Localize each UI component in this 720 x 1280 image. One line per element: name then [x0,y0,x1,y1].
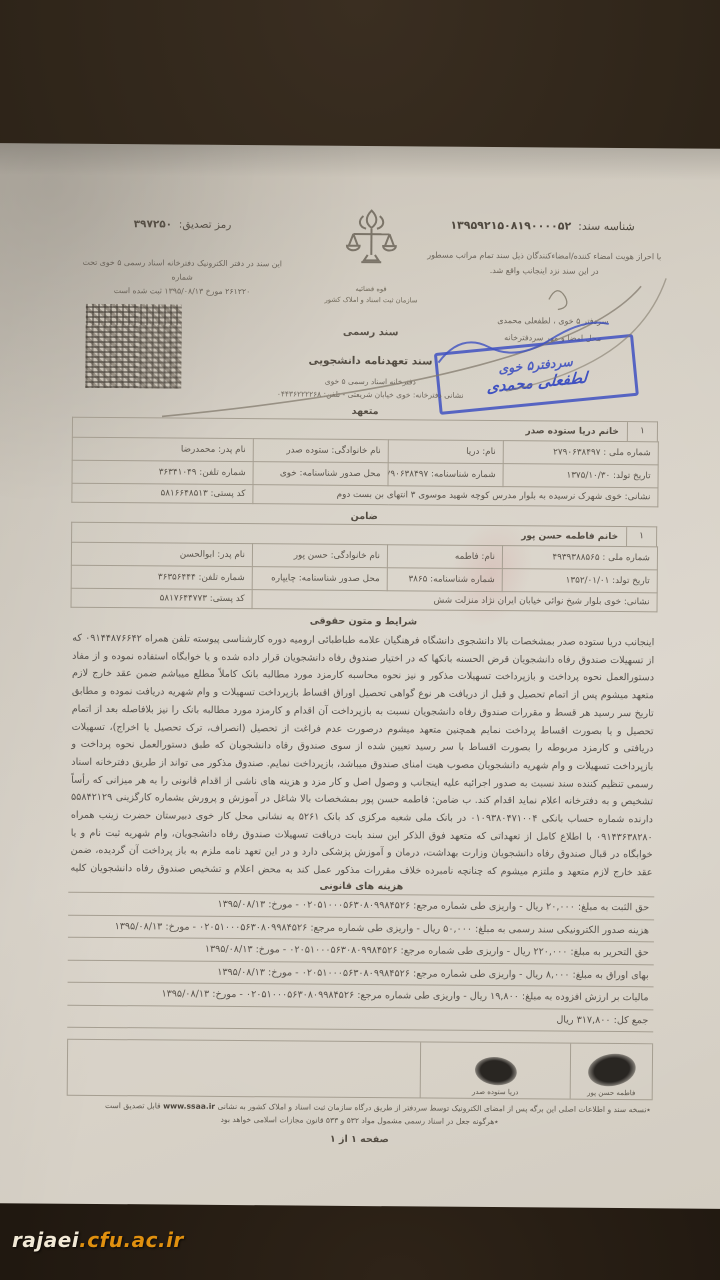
registry-organization-name: سازمان ثبت اسناد و املاک کشور [291,294,451,306]
document-title: سند تعهدنامه دانشجویی [260,354,480,368]
document-id-line: شناسه سند: ۱۳۹۵۹۲۱۵۰۸۱۹۰۰۰۰۵۲ [411,218,673,233]
verify-code-line: رمز تصدیق: ۳۹۷۲۵۰ [87,218,277,231]
guarantor-father-name: نام پدر: ابوالحسن [71,542,252,566]
obligor-birth-date: تاریخ تولد: ۱۳۷۵/۱۰/۳۰ [503,464,658,488]
attestation-text: با احراز هویت امضاء کننده/امضاءکنندگان ذ… [415,247,673,279]
document-id-label: شناسه سند: [578,220,635,233]
fingerprint-label: دریا ستوده صدر [472,1088,518,1096]
obligor-row-index: ۱ [627,422,657,441]
fingerprint-cell-obligor: دریا ستوده صدر [420,1042,570,1098]
guarantor-details-table: شماره ملی : ۴۹۳۹۳۸۸۵۶۵ نام: فاطمه نام خا… [71,542,659,613]
obligor-address: نشانی: خوی شهرک نرسیده به بلوار مدرس کوچ… [253,485,658,507]
document-sheet: شناسه سند: ۱۳۹۵۹۲۱۵۰۸۱۹۰۰۰۰۵۲ با احراز ه… [0,143,720,1209]
obligor-certificate-place: محل صدور شناسنامه: خوی [253,462,388,486]
guarantor-birth-date: تاریخ تولد: ۱۳۵۲/۰۱/۰۱ [502,569,657,593]
table-row: نشانی: خوی بلوار شیخ نوائی خیابان ایران … [71,588,657,612]
attestation-line-1: با احراز هویت امضاء کننده/امضاءکنندگان ذ… [415,247,673,264]
page-indicator: صفحه ۱ از ۱ [66,1132,652,1148]
footnote-verification-text: ٭نسخه سند و اطلاعات اصلی این برگه پس از … [215,1102,651,1114]
signature-fingerprint-row: فاطمه حسن پور دریا ستوده صدر [67,1039,653,1101]
document-id-value: ۱۳۹۵۹۲۱۵۰۸۱۹۰۰۰۰۵۲ [450,219,571,233]
verification-barcode [85,304,182,389]
guarantor-row-index: ۱ [626,527,656,546]
issuing-organization: قوه قضائیه سازمان ثبت اسناد و املاک کشور [291,283,451,306]
ssaa-url: www.ssaa.ir [163,1101,215,1110]
watermark-prefix: rajaei [12,1228,79,1252]
obligor-certificate-no: شماره شناسنامه: ۲۷۹۰۶۳۸۴۹۷ [388,463,503,487]
guarantor-national-id: شماره ملی : ۴۹۳۹۳۸۸۵۶۵ [502,546,657,570]
obligor-details-table: شماره ملی : ۲۷۹۰۶۳۸۴۹۷ نام: دریا نام خان… [71,437,659,508]
guarantor-certificate-place: محل صدور شناسنامه: چایپاره [252,567,387,591]
attestation-line-2: در این سند نزد اینجانب واقع شد. [415,262,673,279]
legal-terms-paragraph: اینجانب دریا ستوده صدر بمشخصات بالا دانش… [68,627,656,882]
fingerprint-icon [585,1050,638,1090]
fingerprint-icon [473,1055,518,1088]
registration-line-1: این سند در دفتر الکترونیک دفترخانه اسناد… [75,256,289,286]
fingerprint-label: فاطمه حسن پور [587,1089,635,1097]
registration-note: این سند در دفتر الکترونیک دفترخانه اسناد… [75,256,289,300]
notary-name-line: سردفتر ۵ خوی ، لطفعلی محمدی [453,316,653,327]
registration-line-2: ۲۶۱۲۲۰ مورخ ۱۳۹۵/۰۸/۱۳ ثبت شده است [75,284,289,300]
document-body: متعهد ۱ خانم دریا ستوده صدر شماره ملی : … [66,402,658,1148]
guarantor-first-name: نام: فاطمه [387,545,502,569]
notary-office-name: دفترخانه اسناد رسمی ۵ خوی [270,376,470,387]
footnote-forgery-warning: ٭هرگونه جعل در اسناد رسمی مشمول مواد ۵۳۲… [66,1114,652,1128]
site-watermark: rajaei.cfu.ac.ir [12,1228,184,1252]
verify-code-value: ۳۹۷۲۵۰ [134,218,173,230]
guarantor-postal-code: کد پستی: ۵۸۱۷۶۴۴۷۷۳ [71,588,252,608]
guarantor-phone: شماره تلفن: ۳۶۳۵۶۴۴۴ [71,565,252,589]
obligor-father-name: نام پدر: محمدرضا [72,437,253,461]
obligor-national-id: شماره ملی : ۲۷۹۰۶۳۸۴۹۷ [503,441,658,465]
watermark-suffix: .cfu.ac.ir [79,1228,184,1252]
table-row: نشانی: خوی شهرک نرسیده به بلوار مدرس کوچ… [72,483,658,507]
obligor-phone: شماره تلفن: ۳۶۳۴۱۰۴۹ [72,460,253,484]
notary-stamp: سردفتر۵ خوی لطفعلی محمدی [434,334,639,415]
signature-empty-cell [68,1040,420,1098]
footnote-verification-tail: قابل تصدیق است [105,1101,163,1110]
notary-office-address: نشانی دفترخانه: خوی خیابان شریعتی - تلفن… [215,389,525,400]
obligor-first-name: نام: دریا [388,440,503,464]
document-kind: سند رسمی [291,326,451,338]
fees-table: حق الثبت به مبلغ: ۲۰,۰۰۰ ریال - واریزی ط… [67,892,654,1033]
obligor-postal-code: کد پستی: ۵۸۱۶۶۴۸۵۱۳ [72,483,253,503]
guarantor-last-name: نام خانوادگی: حسن پور [252,544,387,568]
obligor-last-name: نام خانوادگی: ستوده صدر [253,439,388,463]
fee-row-total: جمع کل: ۳۱۷,۸۰۰ ریال [67,1005,653,1032]
guarantor-address: نشانی: خوی بلوار شیخ نوائی خیابان ایران … [252,590,657,612]
fingerprint-cell-guarantor: فاطمه حسن پور [570,1044,652,1100]
photo-background: شناسه سند: ۱۳۹۵۹۲۱۵۰۸۱۹۰۰۰۰۵۲ با احراز ه… [0,0,720,1280]
footnote-verification: ٭نسخه سند و اطلاعات اصلی این برگه پس از … [67,1101,653,1115]
verify-code-label: رمز تصدیق: [179,219,232,231]
judiciary-emblem-icon [337,206,406,283]
guarantor-certificate-no: شماره شناسنامه: ۳۸۶۵ [387,568,502,592]
